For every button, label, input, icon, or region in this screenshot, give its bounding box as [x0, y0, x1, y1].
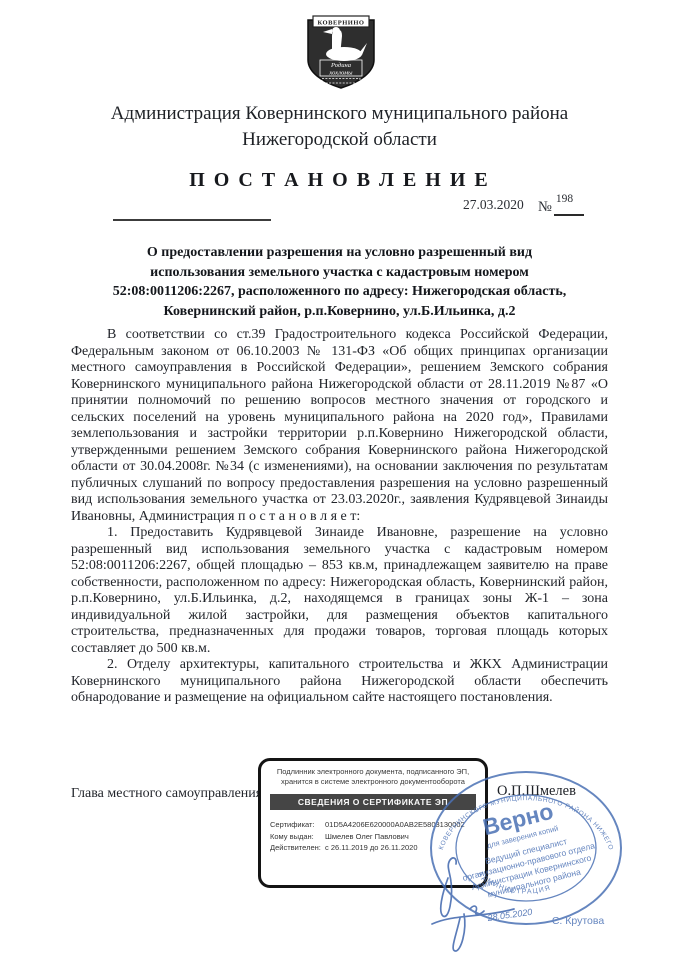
cert-label: Сертификат: — [270, 819, 325, 831]
valid-value: с 26.11.2019 до 26.11.2020 — [325, 842, 418, 854]
title-line: использования земельного участка с кадас… — [60, 263, 619, 283]
motto-line2: хохломы — [328, 70, 353, 77]
stamp-signer-name: С. Крутова — [552, 915, 604, 927]
handwritten-date: 28.05.2020 — [486, 907, 533, 923]
number-sign: № — [538, 199, 552, 215]
blank-line-rule — [113, 219, 271, 221]
paragraph-preamble: В соответствии со ст.39 Градостроительно… — [71, 327, 608, 525]
title-line: 52:08:0011206:2267, расположенного по ад… — [60, 282, 619, 302]
org-name-line1: Администрация Ковернинского муниципально… — [0, 101, 679, 127]
coat-of-arms: КОВЕРНИНО Родина хохломы — [304, 14, 378, 92]
document-body: В соответствии со ст.39 Градостроительно… — [71, 327, 608, 707]
title-line: Ковернинский район, р.п.Ковернино, ул.Б.… — [60, 302, 619, 322]
number-line: 198 — [554, 198, 584, 216]
document-number: 198 — [556, 193, 573, 205]
document-date: 27.03.2020 — [463, 197, 524, 213]
document-title: О предоставлении разрешения на условно р… — [60, 243, 619, 321]
paragraph-item-1: 1. Предоставить Кудрявцевой Зинаиде Иван… — [71, 525, 608, 657]
signatory-position: Глава местного самоуправления — [71, 786, 262, 802]
verification-stamp: КОВЕРНИНСКОГО МУНИЦИПАЛЬНОГО РАЙОНА НИЖЕ… — [426, 766, 634, 956]
paragraph-item-2: 2. Отделу архитектуры, капитального стро… — [71, 657, 608, 707]
issued-label: Кому выдан: — [270, 831, 325, 843]
title-line: О предоставлении разрешения на условно р… — [60, 243, 619, 263]
document-type-heading: П О С Т А Н О В Л Е Н И Е — [0, 169, 679, 192]
organization-header: Администрация Ковернинского муниципально… — [0, 101, 679, 153]
org-name-line2: Нижегородской области — [0, 127, 679, 153]
emblem-banner-label: КОВЕРНИНО — [318, 20, 365, 27]
valid-label: Действителен: — [270, 842, 325, 854]
issued-value: Шмелев Олег Павлович — [325, 831, 409, 843]
document-number-group: №198 — [538, 198, 584, 216]
document-page: КОВЕРНИНО Родина хохломы Администрация К… — [0, 0, 679, 960]
motto-line1: Родина — [330, 62, 351, 69]
